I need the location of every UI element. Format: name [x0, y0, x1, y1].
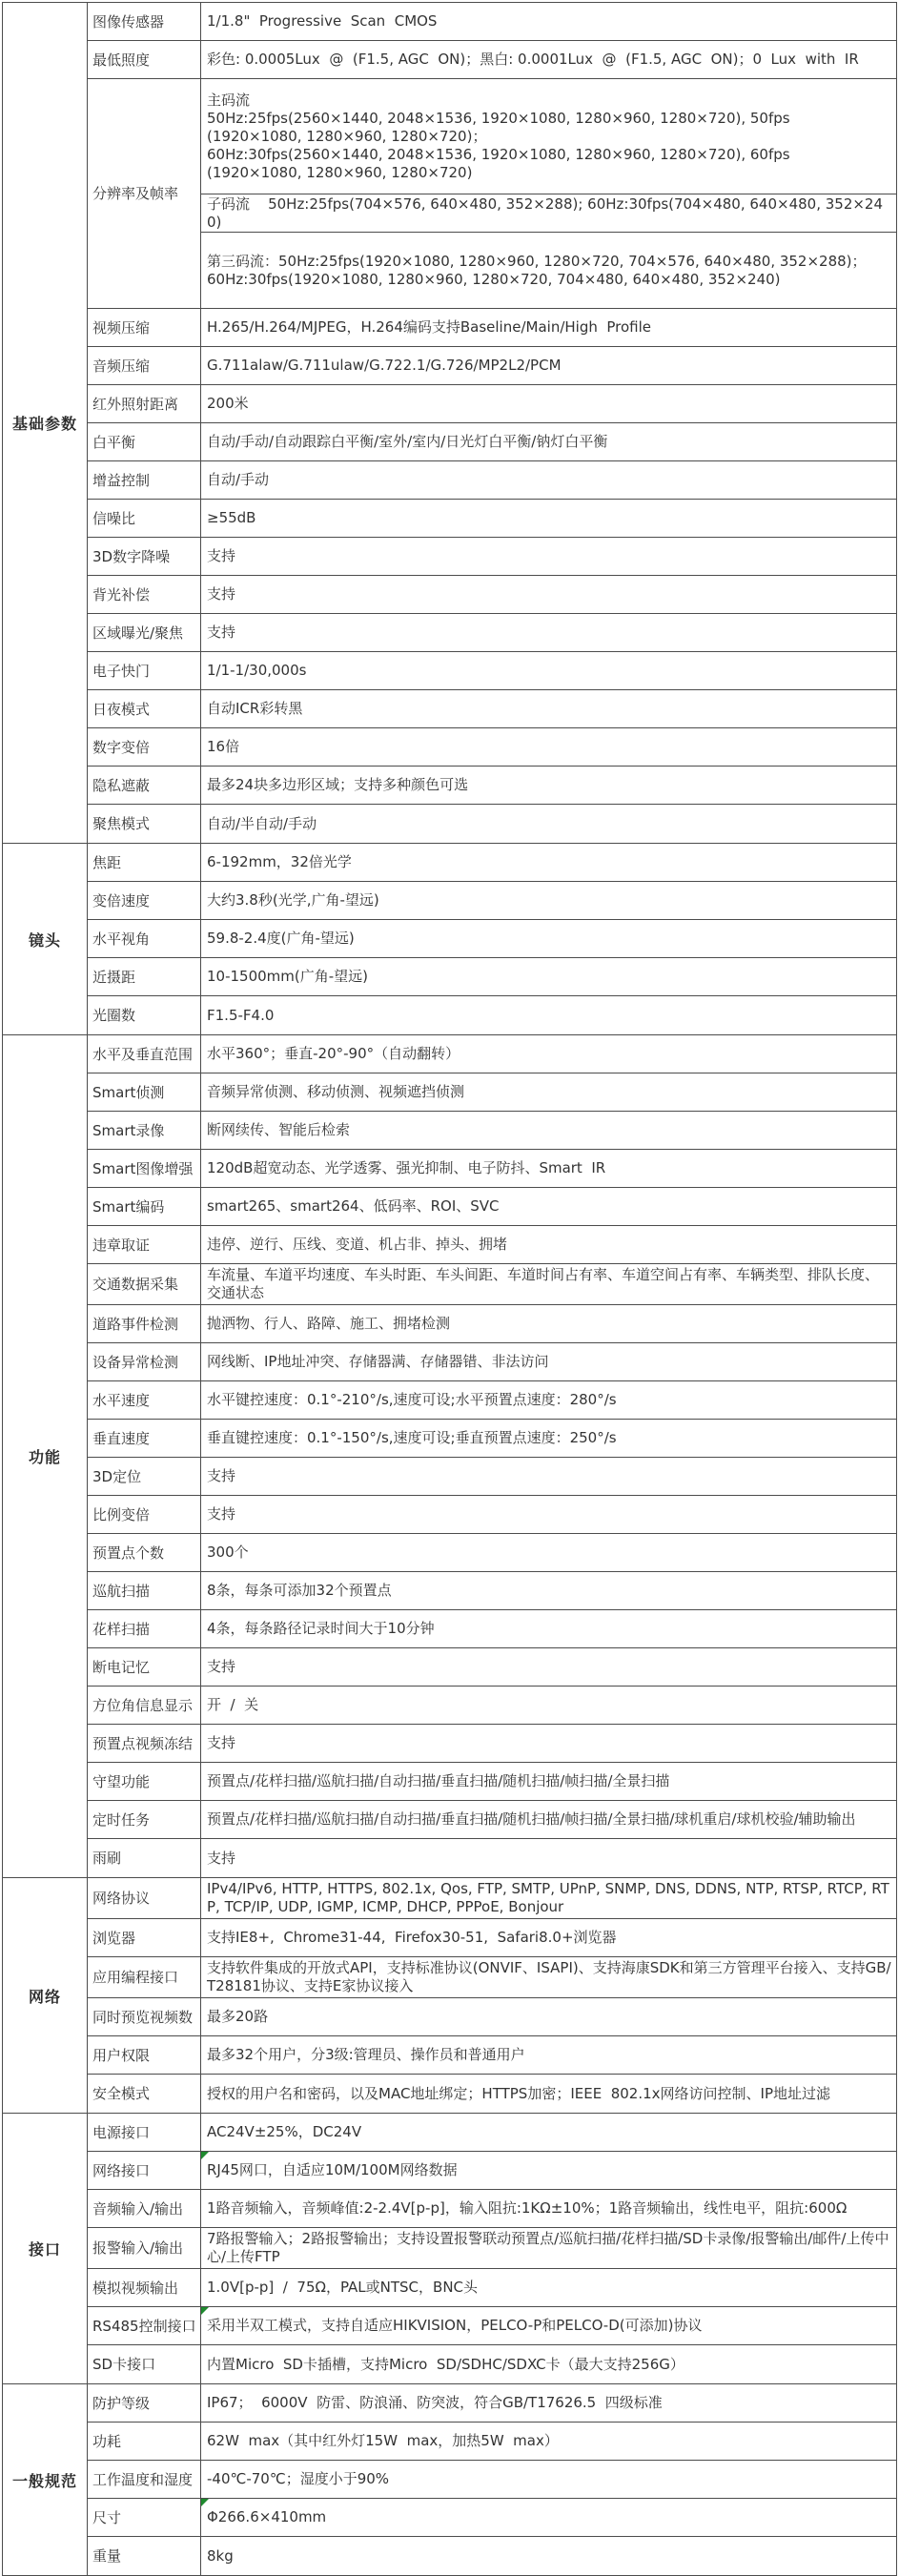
- spec-row: 电源接口AC24V±25%，DC24V: [88, 2114, 896, 2152]
- spec-row: 水平速度水平键控速度：0.1°-210°/s,速度可设;水平预置点速度：280°…: [88, 1381, 896, 1420]
- spec-value: 开 / 关: [201, 1687, 896, 1724]
- spec-label: Smart编码: [88, 1188, 201, 1225]
- spec-value: G.711alaw/G.711ulaw/G.722.1/G.726/MP2L2/…: [201, 347, 896, 384]
- spec-row: 电子快门1/1-1/30,000s: [88, 652, 896, 690]
- spec-row: SD卡接口内置Micro SD卡插槽，支持Micro SD/SDHC/SDXC卡…: [88, 2345, 896, 2383]
- spec-label: 变倍速度: [88, 882, 201, 919]
- spec-label: 守望功能: [88, 1763, 201, 1800]
- section-category: 镜头: [3, 844, 88, 1034]
- section-category: 接口: [3, 2114, 88, 2383]
- spec-value: 自动/半自动/手动: [201, 805, 896, 843]
- spec-value: 支持: [201, 1725, 896, 1762]
- spec-value: 支持: [201, 1458, 896, 1495]
- spec-row: 守望功能预置点/花样扫描/巡航扫描/自动扫描/垂直扫描/随机扫描/帧扫描/全景扫…: [88, 1763, 896, 1801]
- section-category: 网络: [3, 1878, 88, 2113]
- spec-value: 支持: [201, 1496, 896, 1533]
- section-rows: 焦距6-192mm，32倍光学变倍速度大约3.8秒(光学,广角-望远)水平视角5…: [88, 844, 896, 1034]
- spec-row: 隐私遮蔽最多24块多边形区域；支持多种颜色可选: [88, 767, 896, 805]
- spec-row: Smart侦测音频异常侦测、移动侦测、视频遮挡侦测: [88, 1073, 896, 1112]
- spec-row: Smart图像增强120dB超宽动态、光学透雾、强光抑制、电子防抖、Smart …: [88, 1150, 896, 1188]
- spec-section-功能: 功能水平及垂直范围水平360°；垂直-20°-90°（自动翻转）Smart侦测音…: [3, 1035, 896, 1878]
- spec-row: 预置点视频冻结支持: [88, 1725, 896, 1763]
- spec-value: 支持IE8+, Chrome31-44, Firefox30-51, Safar…: [201, 1919, 896, 1956]
- spec-value: 1/1.8" Progressive Scan CMOS: [201, 3, 896, 40]
- spec-row: 模拟视频输出1.0V[p-p] / 75Ω，PAL或NTSC，BNC头: [88, 2269, 896, 2307]
- spec-label: 增益控制: [88, 461, 201, 499]
- spec-label: 安全模式: [88, 2075, 201, 2113]
- spec-row: 网络协议IPv4/IPv6, HTTP, HTTPS, 802.1x, Qos,…: [88, 1878, 896, 1919]
- spec-label: 图像传感器: [88, 3, 201, 40]
- spec-row: 巡航扫描8条，每条可添加32个预置点: [88, 1572, 896, 1610]
- spec-row: 网络接口RJ45网口，自适应10M/100M网络数据: [88, 2152, 896, 2190]
- spec-row: 功耗62W max（其中红外灯15W max，加热5W max）: [88, 2423, 896, 2461]
- spec-label: 信噪比: [88, 500, 201, 537]
- spec-value: -40℃-70℃；湿度小于90%: [201, 2461, 896, 2498]
- spec-value: IP67； 6000V 防雷、防浪涌、防突波，符合GB/T17626.5 四级标…: [201, 2384, 896, 2422]
- spec-label: 近摄距: [88, 958, 201, 995]
- spec-value: 120dB超宽动态、光学透雾、强光抑制、电子防抖、Smart IR: [201, 1150, 896, 1187]
- spec-value: 支持: [201, 538, 896, 575]
- spec-value: 车流量、车道平均速度、车头时距、车头间距、车道时间占有率、车道空间占有率、车辆类…: [201, 1264, 896, 1304]
- spec-value: 授权的用户名和密码，以及MAC地址绑定；HTTPS加密；IEEE 802.1x网…: [201, 2075, 896, 2113]
- spec-row: 视频压缩H.265/H.264/MJPEG，H.264编码支持Baseline/…: [88, 309, 896, 347]
- spec-label: 道路事件检测: [88, 1305, 201, 1342]
- spec-label: 应用编程接口: [88, 1957, 201, 1997]
- spec-value: 62W max（其中红外灯15W max，加热5W max）: [201, 2423, 896, 2460]
- spec-row: 聚焦模式自动/半自动/手动: [88, 805, 896, 843]
- spec-value: 6-192mm，32倍光学: [201, 844, 896, 881]
- spec-table: 基础参数图像传感器1/1.8" Progressive Scan CMOS最低照…: [2, 2, 897, 2576]
- spec-label: 红外照射距离: [88, 385, 201, 422]
- spec-row: 音频输入/输出1路音频输入，音频峰值:2-2.4V[p-p]，输入阻抗:1KΩ±…: [88, 2190, 896, 2228]
- spec-label: 网络接口: [88, 2152, 201, 2189]
- spec-value: 4条，每条路径记录时间大于10分钟: [201, 1610, 896, 1647]
- spec-label: 网络协议: [88, 1878, 201, 1918]
- spec-value: 10-1500mm(广角-望远): [201, 958, 896, 995]
- spec-value-group: 主码流 50Hz:25fps(2560×1440, 2048×1536, 192…: [201, 79, 896, 308]
- section-category: 一般规范: [3, 2384, 88, 2575]
- spec-label: 区域曝光/聚焦: [88, 614, 201, 651]
- spec-value: 16倍: [201, 728, 896, 766]
- section-rows: 图像传感器1/1.8" Progressive Scan CMOS最低照度彩色:…: [88, 3, 896, 843]
- spec-label: 雨刷: [88, 1839, 201, 1877]
- spec-label: 断电记忆: [88, 1648, 201, 1686]
- spec-label: 模拟视频输出: [88, 2269, 201, 2306]
- spec-label: 重量: [88, 2537, 201, 2575]
- spec-value: 8kg: [201, 2537, 896, 2575]
- section-rows: 网络协议IPv4/IPv6, HTTP, HTTPS, 802.1x, Qos,…: [88, 1878, 896, 2113]
- spec-value: 200米: [201, 385, 896, 422]
- spec-value: 59.8-2.4度(广角-望远): [201, 920, 896, 957]
- spec-value: 预置点/花样扫描/巡航扫描/自动扫描/垂直扫描/随机扫描/帧扫描/全景扫描/球机…: [201, 1801, 896, 1838]
- spec-label: 方位角信息显示: [88, 1687, 201, 1724]
- spec-row: 焦距6-192mm，32倍光学: [88, 844, 896, 882]
- spec-section-网络: 网络网络协议IPv4/IPv6, HTTP, HTTPS, 802.1x, Qo…: [3, 1878, 896, 2114]
- spec-label: Smart图像增强: [88, 1150, 201, 1187]
- spec-value: 音频异常侦测、移动侦测、视频遮挡侦测: [201, 1073, 896, 1111]
- spec-row: 近摄距10-1500mm(广角-望远): [88, 958, 896, 996]
- spec-label: Smart侦测: [88, 1073, 201, 1111]
- spec-row: 数字变倍16倍: [88, 728, 896, 767]
- spec-row: 用户权限最多32个用户，分3级:管理员、操作员和普通用户: [88, 2036, 896, 2075]
- spec-value: 300个: [201, 1534, 896, 1571]
- spec-row: 最低照度彩色: 0.0005Lux @ (F1.5, AGC ON)；黑白: 0…: [88, 41, 896, 79]
- spec-subvalue: 子码流 50Hz:25fps(704×576, 640×480, 352×288…: [201, 194, 896, 233]
- spec-value: 自动/手动/自动跟踪白平衡/室外/室内/日光灯白平衡/钠灯白平衡: [201, 423, 896, 460]
- spec-subvalue: 主码流 50Hz:25fps(2560×1440, 2048×1536, 192…: [201, 79, 896, 194]
- spec-value: 8条，每条可添加32个预置点: [201, 1572, 896, 1609]
- spec-label: 花样扫描: [88, 1610, 201, 1647]
- spec-row: 红外照射距离200米: [88, 385, 896, 423]
- spec-value: ≥55dB: [201, 500, 896, 537]
- spec-value: 垂直键控速度：0.1°-150°/s,速度可设;垂直预置点速度：250°/s: [201, 1420, 896, 1457]
- comment-marker-icon: [201, 2307, 209, 2315]
- spec-section-镜头: 镜头焦距6-192mm，32倍光学变倍速度大约3.8秒(光学,广角-望远)水平视…: [3, 844, 896, 1035]
- section-rows: 防护等级IP67； 6000V 防雷、防浪涌、防突波，符合GB/T17626.5…: [88, 2384, 896, 2575]
- spec-label: 同时预览视频数: [88, 1998, 201, 2035]
- spec-subvalue: 第三码流：50Hz:25fps(1920×1080, 1280×960, 128…: [201, 233, 896, 308]
- spec-label: 浏览器: [88, 1919, 201, 1956]
- spec-label: 光圈数: [88, 996, 201, 1034]
- spec-value: 预置点/花样扫描/巡航扫描/自动扫描/垂直扫描/随机扫描/帧扫描/全景扫描: [201, 1763, 896, 1800]
- spec-row: 报警输入/输出7路报警输入；2路报警输出；支持设置报警联动预置点/巡航扫描/花样…: [88, 2228, 896, 2269]
- spec-row: 光圈数F1.5-F4.0: [88, 996, 896, 1034]
- spec-value: H.265/H.264/MJPEG，H.264编码支持Baseline/Main…: [201, 309, 896, 346]
- section-rows: 电源接口AC24V±25%，DC24V网络接口RJ45网口，自适应10M/100…: [88, 2114, 896, 2383]
- spec-row: 方位角信息显示开 / 关: [88, 1687, 896, 1725]
- spec-value: 1.0V[p-p] / 75Ω，PAL或NTSC，BNC头: [201, 2269, 896, 2306]
- spec-label: 水平及垂直范围: [88, 1035, 201, 1073]
- spec-value: 支持软件集成的开放式API，支持标准协议(ONVIF、ISAPI)、支持海康SD…: [201, 1957, 896, 1997]
- spec-label: Smart录像: [88, 1112, 201, 1149]
- spec-label: 水平速度: [88, 1381, 201, 1419]
- spec-value: 网线断、IP地址冲突、存储器满、存储器错、非法访问: [201, 1343, 896, 1380]
- spec-row: Smart录像断网续传、智能后检索: [88, 1112, 896, 1150]
- spec-value: 断网续传、智能后检索: [201, 1112, 896, 1149]
- spec-row: 区域曝光/聚焦支持: [88, 614, 896, 652]
- spec-row: 应用编程接口支持软件集成的开放式API，支持标准协议(ONVIF、ISAPI)、…: [88, 1957, 896, 1998]
- spec-label: 防护等级: [88, 2384, 201, 2422]
- spec-value: IPv4/IPv6, HTTP, HTTPS, 802.1x, Qos, FTP…: [201, 1878, 896, 1918]
- spec-value: 1路音频输入，音频峰值:2-2.4V[p-p]，输入阻抗:1KΩ±10%；1路音…: [201, 2190, 896, 2227]
- spec-label: 工作温度和湿度: [88, 2461, 201, 2498]
- spec-value: 最多32个用户，分3级:管理员、操作员和普通用户: [201, 2036, 896, 2074]
- spec-section-接口: 接口电源接口AC24V±25%，DC24V网络接口RJ45网口，自适应10M/1…: [3, 2114, 896, 2384]
- spec-row: 预置点个数300个: [88, 1534, 896, 1572]
- spec-label: 报警输入/输出: [88, 2228, 201, 2268]
- spec-row: 增益控制自动/手动: [88, 461, 896, 500]
- spec-row: 音频压缩G.711alaw/G.711ulaw/G.722.1/G.726/MP…: [88, 347, 896, 385]
- spec-value: 水平360°；垂直-20°-90°（自动翻转）: [201, 1035, 896, 1073]
- spec-label: 比例变倍: [88, 1496, 201, 1533]
- spec-row: 防护等级IP67； 6000V 防雷、防浪涌、防突波，符合GB/T17626.5…: [88, 2384, 896, 2423]
- spec-value: 彩色: 0.0005Lux @ (F1.5, AGC ON)；黑白: 0.000…: [201, 41, 896, 78]
- spec-row: 背光补偿支持: [88, 576, 896, 614]
- spec-value: F1.5-F4.0: [201, 996, 896, 1034]
- spec-row: 日夜模式自动ICR彩转黑: [88, 690, 896, 728]
- spec-value: 内置Micro SD卡插槽，支持Micro SD/SDHC/SDXC卡（最大支持…: [201, 2345, 896, 2383]
- spec-value: 大约3.8秒(光学,广角-望远): [201, 882, 896, 919]
- spec-label: 设备异常检测: [88, 1343, 201, 1380]
- spec-row: 重量8kg: [88, 2537, 896, 2575]
- spec-value: smart265、smart264、低码率、ROI、SVC: [201, 1188, 896, 1225]
- spec-row: 图像传感器1/1.8" Progressive Scan CMOS: [88, 3, 896, 41]
- spec-label: 最低照度: [88, 41, 201, 78]
- spec-label: SD卡接口: [88, 2345, 201, 2383]
- spec-label: 电源接口: [88, 2114, 201, 2151]
- spec-value: 支持: [201, 614, 896, 651]
- spec-label: 电子快门: [88, 652, 201, 689]
- spec-label: 日夜模式: [88, 690, 201, 727]
- spec-row: 断电记忆支持: [88, 1648, 896, 1687]
- spec-row: 定时任务预置点/花样扫描/巡航扫描/自动扫描/垂直扫描/随机扫描/帧扫描/全景扫…: [88, 1801, 896, 1839]
- spec-row: 3D数字降噪支持: [88, 538, 896, 576]
- spec-label: 数字变倍: [88, 728, 201, 766]
- section-rows: 水平及垂直范围水平360°；垂直-20°-90°（自动翻转）Smart侦测音频异…: [88, 1035, 896, 1877]
- spec-row: 同时预览视频数最多20路: [88, 1998, 896, 2036]
- spec-value: 水平键控速度：0.1°-210°/s,速度可设;水平预置点速度：280°/s: [201, 1381, 896, 1419]
- spec-label: 3D定位: [88, 1458, 201, 1495]
- spec-label: 背光补偿: [88, 576, 201, 613]
- spec-row: 分辨率及帧率主码流 50Hz:25fps(2560×1440, 2048×153…: [88, 79, 896, 309]
- spec-row: 安全模式授权的用户名和密码，以及MAC地址绑定；HTTPS加密；IEEE 802…: [88, 2075, 896, 2113]
- spec-row: 尺寸Φ266.6×410mm: [88, 2499, 896, 2537]
- spec-value: 抛洒物、行人、路障、施工、拥堵检测: [201, 1305, 896, 1342]
- spec-row: 水平及垂直范围水平360°；垂直-20°-90°（自动翻转）: [88, 1035, 896, 1073]
- spec-label: 功耗: [88, 2423, 201, 2460]
- spec-label: RS485控制接口: [88, 2307, 201, 2344]
- spec-row: 雨刷支持: [88, 1839, 896, 1877]
- spec-row: Smart编码smart265、smart264、低码率、ROI、SVC: [88, 1188, 896, 1226]
- spec-section-一般规范: 一般规范防护等级IP67； 6000V 防雷、防浪涌、防突波，符合GB/T176…: [3, 2384, 896, 2575]
- spec-section-基础参数: 基础参数图像传感器1/1.8" Progressive Scan CMOS最低照…: [3, 3, 896, 844]
- spec-label: 垂直速度: [88, 1420, 201, 1457]
- spec-label: 音频输入/输出: [88, 2190, 201, 2227]
- section-category: 功能: [3, 1035, 88, 1877]
- comment-marker-icon: [201, 2499, 209, 2506]
- spec-label: 用户权限: [88, 2036, 201, 2074]
- spec-label: 3D数字降噪: [88, 538, 201, 575]
- spec-value: 违停、逆行、压线、变道、机占非、掉头、拥堵: [201, 1226, 896, 1263]
- spec-label: 预置点个数: [88, 1534, 201, 1571]
- comment-marker-icon: [201, 2152, 209, 2159]
- spec-label: 白平衡: [88, 423, 201, 460]
- spec-value: AC24V±25%，DC24V: [201, 2114, 896, 2151]
- spec-label: 聚焦模式: [88, 805, 201, 843]
- spec-row: 花样扫描4条，每条路径记录时间大于10分钟: [88, 1610, 896, 1648]
- spec-label: 视频压缩: [88, 309, 201, 346]
- spec-row: 垂直速度垂直键控速度：0.1°-150°/s,速度可设;垂直预置点速度：250°…: [88, 1420, 896, 1458]
- spec-label: 水平视角: [88, 920, 201, 957]
- spec-row: 比例变倍支持: [88, 1496, 896, 1534]
- spec-row: 交通数据采集车流量、车道平均速度、车头时距、车头间距、车道时间占有率、车道空间占…: [88, 1264, 896, 1305]
- spec-value: 支持: [201, 1839, 896, 1877]
- spec-label: 音频压缩: [88, 347, 201, 384]
- spec-row: 工作温度和湿度-40℃-70℃；湿度小于90%: [88, 2461, 896, 2499]
- spec-label: 巡航扫描: [88, 1572, 201, 1609]
- spec-value: RJ45网口，自适应10M/100M网络数据: [201, 2152, 896, 2189]
- spec-row: 3D定位支持: [88, 1458, 896, 1496]
- spec-value: 自动ICR彩转黑: [201, 690, 896, 727]
- spec-label: 预置点视频冻结: [88, 1725, 201, 1762]
- spec-row: 道路事件检测抛洒物、行人、路障、施工、拥堵检测: [88, 1305, 896, 1343]
- spec-label: 尺寸: [88, 2499, 201, 2536]
- spec-row: 违章取证违停、逆行、压线、变道、机占非、掉头、拥堵: [88, 1226, 896, 1264]
- spec-row: 设备异常检测网线断、IP地址冲突、存储器满、存储器错、非法访问: [88, 1343, 896, 1381]
- spec-value: 支持: [201, 576, 896, 613]
- section-category: 基础参数: [3, 3, 88, 843]
- spec-label: 交通数据采集: [88, 1264, 201, 1304]
- spec-row: RS485控制接口采用半双工模式，支持自适应HIKVISION，PELCO-P和…: [88, 2307, 896, 2345]
- spec-row: 信噪比≥55dB: [88, 500, 896, 538]
- spec-row: 水平视角59.8-2.4度(广角-望远): [88, 920, 896, 958]
- spec-value: 7路报警输入；2路报警输出；支持设置报警联动预置点/巡航扫描/花样扫描/SD卡录…: [201, 2228, 896, 2268]
- spec-value: 自动/手动: [201, 461, 896, 499]
- spec-value: 支持: [201, 1648, 896, 1686]
- spec-label: 焦距: [88, 844, 201, 881]
- spec-row: 白平衡自动/手动/自动跟踪白平衡/室外/室内/日光灯白平衡/钠灯白平衡: [88, 423, 896, 461]
- spec-value: Φ266.6×410mm: [201, 2499, 896, 2536]
- spec-label: 隐私遮蔽: [88, 767, 201, 804]
- spec-value: 最多20路: [201, 1998, 896, 2035]
- spec-row: 变倍速度大约3.8秒(光学,广角-望远): [88, 882, 896, 920]
- spec-label: 定时任务: [88, 1801, 201, 1838]
- spec-value: 采用半双工模式，支持自适应HIKVISION，PELCO-P和PELCO-D(可…: [201, 2307, 896, 2344]
- spec-value: 1/1-1/30,000s: [201, 652, 896, 689]
- spec-row: 浏览器支持IE8+, Chrome31-44, Firefox30-51, Sa…: [88, 1919, 896, 1957]
- spec-value: 最多24块多边形区域；支持多种颜色可选: [201, 767, 896, 804]
- spec-label: 违章取证: [88, 1226, 201, 1263]
- spec-label: 分辨率及帧率: [88, 79, 201, 308]
